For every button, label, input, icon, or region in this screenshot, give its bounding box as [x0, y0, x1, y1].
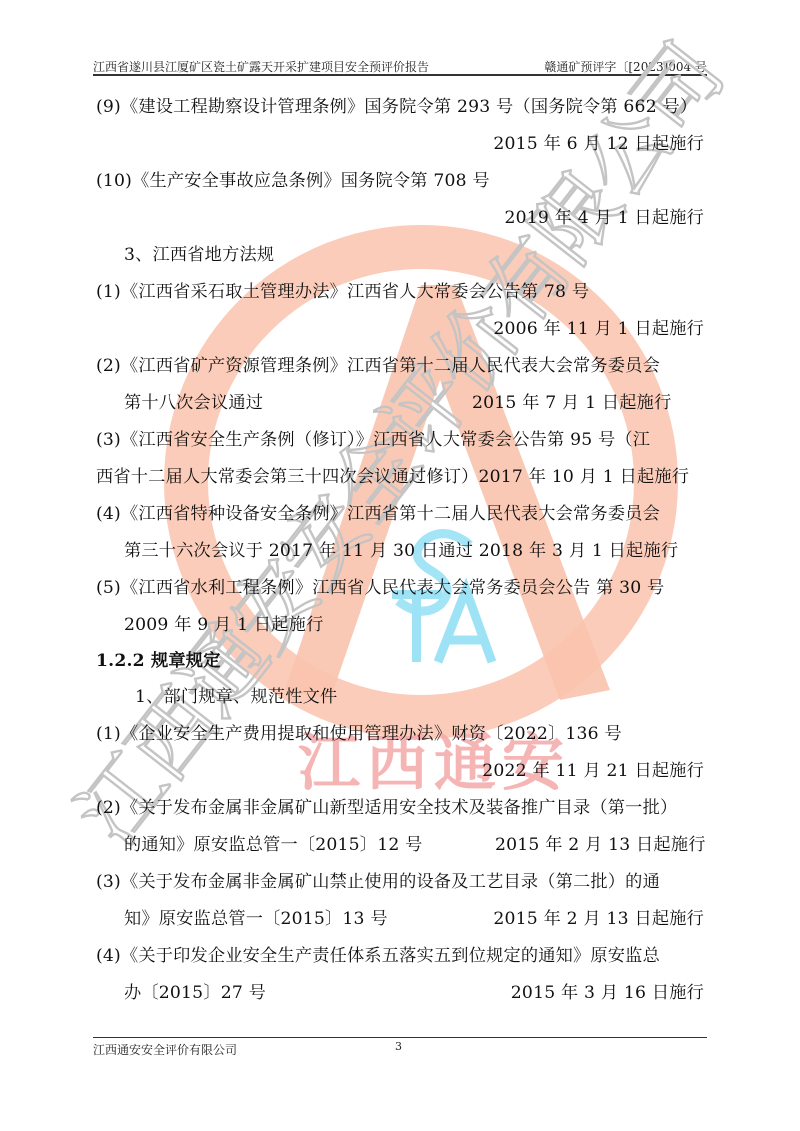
page-number: 3 — [395, 1040, 402, 1053]
rule-1-date: 2022 年 11 月 21 日起施行 — [96, 758, 704, 784]
local-regulation-3: (3)《江西省安全生产条例（修订）》江西省人大常委会公告第 95 号（江 — [96, 427, 704, 453]
rule-1: (1)《企业安全生产费用提取和使用管理办法》财资〔2022〕136 号 — [96, 721, 704, 747]
report-title: 江西省遂川县江厦矿区瓷土矿露天开采扩建项目安全预评价报告 — [93, 58, 429, 75]
local-regulation-3-cont: 西省十二届人大常委会第三十四次会议通过修订）2017 年 10 月 1 日起施行 — [96, 464, 704, 490]
regulation-item-9: (9)《建设工程勘察设计管理条例》国务院令第 293 号（国务院令第 662 号… — [96, 94, 704, 120]
subsection-heading-department-rules: 1、部门规章、规范性文件 — [135, 684, 704, 710]
rule-2-date: 2015 年 2 月 13 日起施行 — [495, 832, 704, 858]
section-heading-local-regulations: 3、江西省地方法规 — [124, 242, 704, 268]
local-regulation-5-cont: 2009 年 9 月 1 日起施行 — [124, 612, 704, 638]
local-regulation-1: (1)《江西省采石取土管理办法》江西省人大常委会公告第 78 号 — [96, 279, 704, 305]
rule-2: (2)《关于发布金属非金属矿山新型适用安全技术及装备推广目录（第一批） — [96, 795, 704, 821]
footer-company: 江西通安安全评价有限公司 — [93, 1041, 237, 1058]
rule-3: (3)《关于发布金属非金属矿山禁止使用的设备及工艺目录（第二批）的通 — [96, 869, 704, 895]
running-header: 江西省遂川县江厦矿区瓷土矿露天开采扩建项目安全预评价报告 赣通矿预评字〔[202… — [93, 53, 707, 75]
rule-4-date: 2015 年 3 月 16 日施行 — [96, 980, 704, 1006]
local-regulation-2-date: 2015 年 7 月 1 日起施行 — [472, 390, 704, 416]
rule-4: (4)《关于印发企业安全生产责任体系五落实五到位规定的通知》原安监总 — [96, 943, 704, 969]
regulation-item-9-date: 2015 年 6 月 12 日起施行 — [96, 131, 704, 157]
local-regulation-2: (2)《江西省矿产资源管理条例》江西省第十二届人民代表大会常务委员会 — [96, 353, 704, 379]
local-regulation-4-cont: 第三十六次会议于 2017 年 11 月 30 日通过 2018 年 3 月 1… — [124, 538, 704, 564]
document-number: 赣通矿预评字〔[2023]004 号 — [544, 58, 707, 75]
section-heading-rules: 1.2.2 规章规定 — [96, 648, 704, 674]
regulation-item-10-date: 2019 年 4 月 1 日起施行 — [96, 205, 704, 231]
local-regulation-1-date: 2006 年 11 月 1 日起施行 — [96, 316, 704, 342]
local-regulation-5: (5)《江西省水利工程条例》江西省人民代表大会常务委员会公告 第 30 号 — [96, 575, 704, 601]
document-page: 江西通安 江西通安安全评价有限公司 江西省遂川县江厦矿区瓷土矿露天开采扩建项目安… — [0, 0, 800, 1131]
rule-3-date: 2015 年 2 月 13 日起施行 — [96, 906, 704, 932]
footer-divider — [93, 1037, 707, 1038]
regulation-item-10: (10)《生产安全事故应急条例》国务院令第 708 号 — [96, 168, 704, 194]
local-regulation-4: (4)《江西省特种设备安全条例》江西省第十二届人民代表大会常务委员会 — [96, 501, 704, 527]
header-divider — [93, 74, 707, 76]
